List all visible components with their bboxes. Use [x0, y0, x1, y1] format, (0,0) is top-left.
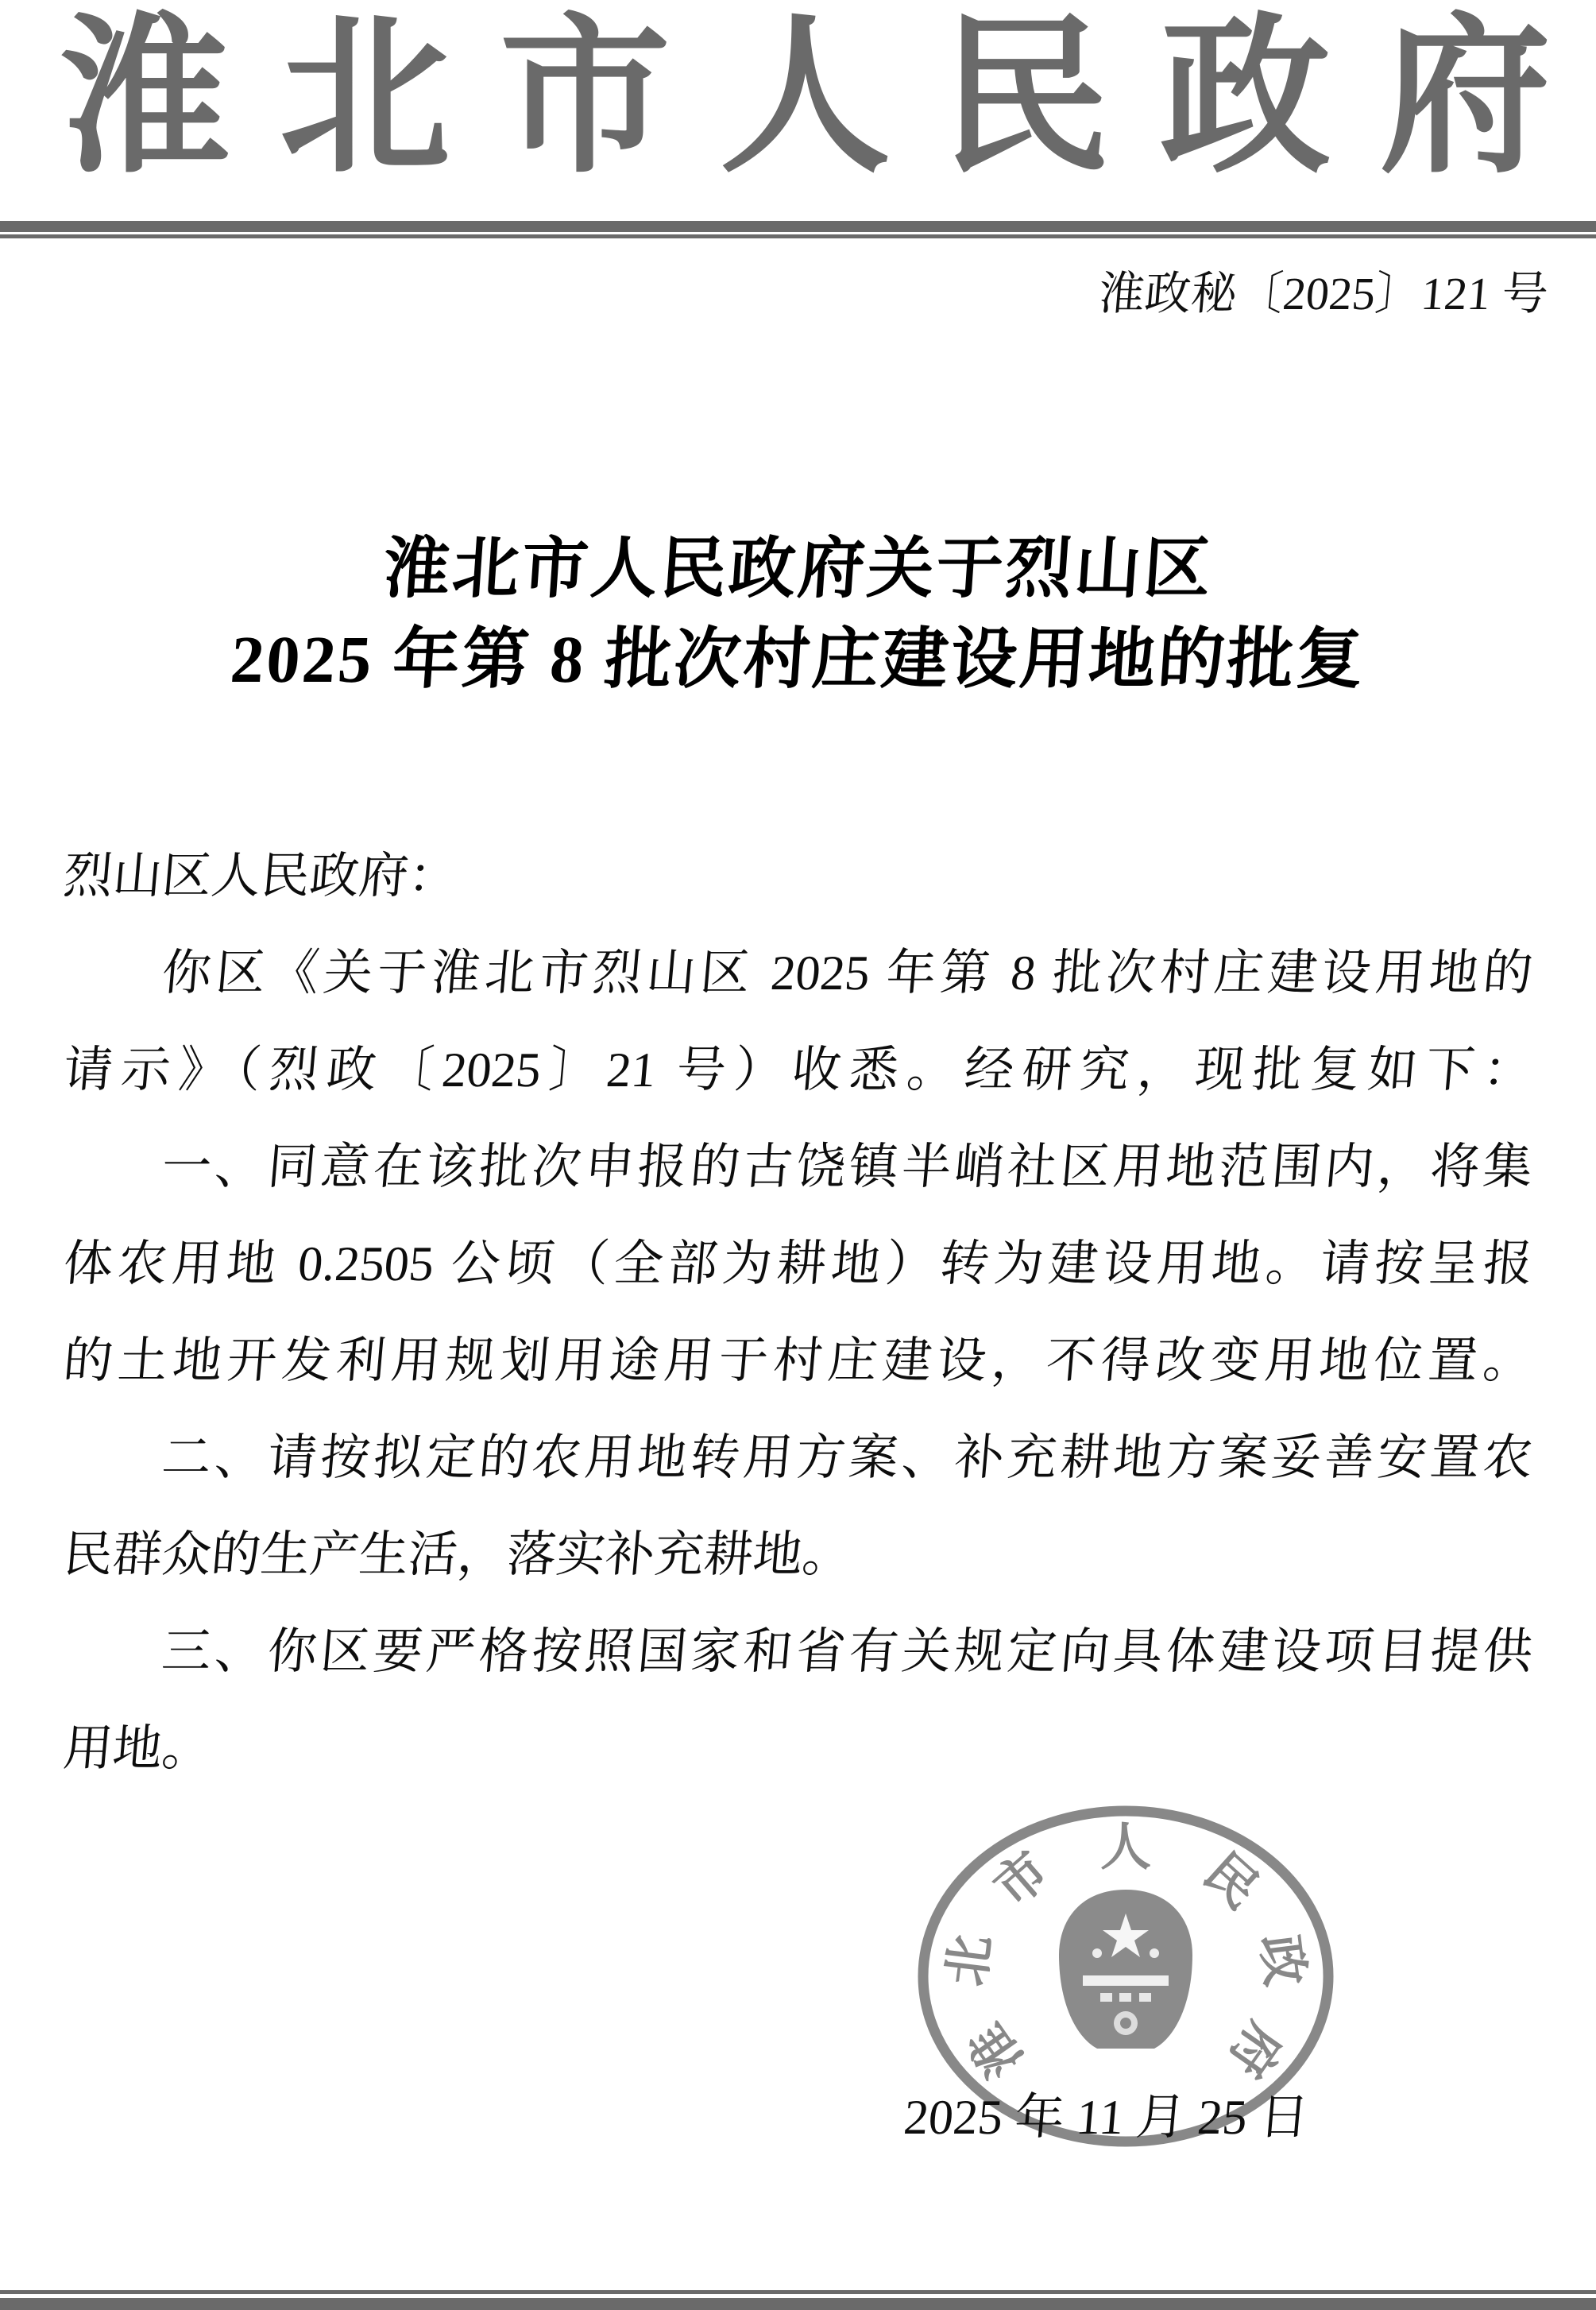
body-line: 民群众的生产生活，落实补充耕地。	[60, 1507, 1537, 1604]
official-document-page: 淮北市人民政府 淮政秘〔2025〕121 号 淮北市人民政府关于烈山区 2025…	[0, 0, 1596, 2310]
footer-rule-thin	[0, 2290, 1596, 2294]
document-title: 淮北市人民政府关于烈山区 2025 年第 8 批次村庄建设用地的批复	[0, 524, 1596, 706]
header-rule-thick	[0, 221, 1596, 232]
seal-char: 政	[1251, 1932, 1313, 1989]
body-line: 体农用地 0.2505 公顷（全部为耕地）转为建设用地。请按呈报	[60, 1216, 1537, 1313]
document-date: 2025 年 11 月 25 日	[902, 2090, 1311, 2146]
header-rule-thin	[0, 234, 1596, 238]
national-emblem-icon	[1059, 1890, 1192, 2049]
body-line: 二、请按拟定的农用地转用方案、补充耕地方案妥善安置农	[60, 1410, 1537, 1507]
body-line: 三、你区要严格按照国家和省有关规定向具体建设项目提供	[60, 1604, 1537, 1701]
body-line: 的土地开发利用规划用途用于村庄建设，不得改变用地位置。	[60, 1313, 1537, 1410]
document-title-line1: 淮北市人民政府关于烈山区	[0, 524, 1596, 615]
seal-char: 北	[938, 1932, 1000, 1989]
footer-rule-thick	[0, 2298, 1596, 2310]
document-title-line2: 2025 年第 8 批次村庄建设用地的批复	[0, 615, 1596, 706]
seal-char: 人	[1100, 1820, 1151, 1876]
document-body: 烈山区人民政府： 你区《关于淮北市烈山区 2025 年第 8 批次村庄建设用地的…	[64, 828, 1532, 1797]
body-line: 请示》（烈政〔2025〕21 号）收悉。经研究，现批复如下：	[60, 1022, 1537, 1119]
body-line: 一、同意在该批次申报的古饶镇半峭社区用地范围内，将集	[60, 1119, 1537, 1216]
document-number: 淮政秘〔2025〕121 号	[1097, 269, 1551, 319]
salutation: 烈山区人民政府：	[60, 828, 1537, 925]
body-line: 用地。	[60, 1701, 1537, 1797]
masthead-agency-name: 淮北市人民政府	[60, 0, 1596, 197]
body-line: 你区《关于淮北市烈山区 2025 年第 8 批次村庄建设用地的	[60, 925, 1537, 1022]
